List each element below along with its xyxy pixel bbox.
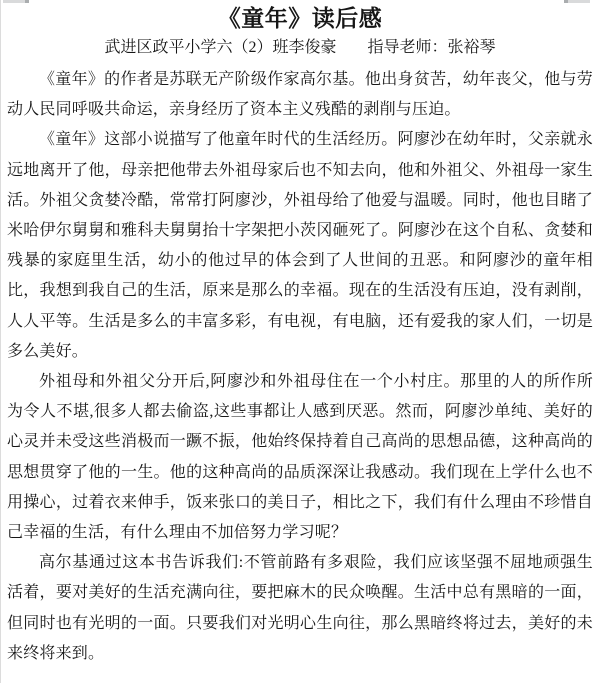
byline-school-class-author: 武进区政平小学六（2）班李俊豪 <box>104 39 336 56</box>
paragraph-reflection: 外祖母和外祖父分开后,阿廖沙和外祖母住在一个小村庄。那里的人的所作所为令人不堪,… <box>7 367 593 548</box>
scrollbar-thumb-cap <box>25 0 29 3</box>
scrollbar-track <box>568 0 590 3</box>
byline: 武进区政平小学六（2）班李俊豪指导老师：张裕琴 <box>0 33 600 63</box>
scrollbar-fragment-left[interactable] <box>3 0 29 3</box>
byline-spacer <box>337 51 368 52</box>
byline-teacher: 指导老师：张裕琴 <box>368 39 496 56</box>
document-title: 《童年》读后感 <box>0 0 600 33</box>
paragraph-intro: 《童年》的作者是苏联无产阶级作家高尔基。他出身贫苦，幼年丧父，他与劳动人民同呼吸… <box>7 65 593 125</box>
page-edge-line <box>0 0 1 683</box>
essay-body: 《童年》的作者是苏联无产阶级作家高尔基。他出身贫苦，幼年丧父，他与劳动人民同呼吸… <box>0 65 600 669</box>
document-page: 《童年》读后感 武进区政平小学六（2）班李俊豪指导老师：张裕琴 《童年》的作者是… <box>0 0 600 683</box>
paragraph-plot-summary: 《童年》这部小说描写了他童年时代的生活经历。阿廖沙在幼年时，父亲就永远地离开了他… <box>7 125 593 367</box>
scrollbar-track <box>3 0 25 3</box>
scrollbar-fragment-right[interactable] <box>564 0 590 3</box>
paragraph-conclusion: 高尔基通过这本书告诉我们:不管前路有多艰险，我们应该坚强不屈地顽强生活着，要对美… <box>7 548 593 669</box>
